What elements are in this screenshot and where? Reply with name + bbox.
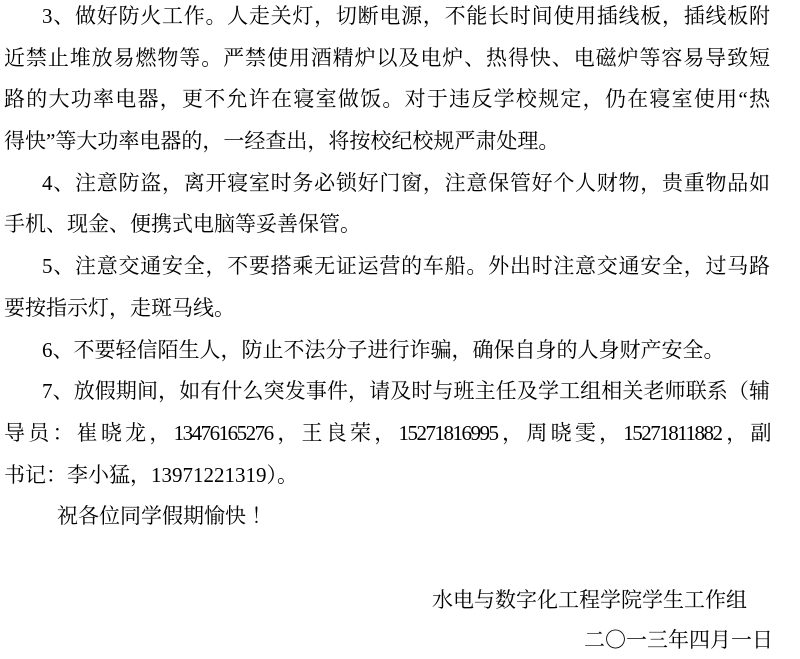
- signature-date: 二〇一三年四月一日: [584, 619, 773, 659]
- closing-wish: 祝各位同学假期愉快 ！: [4, 496, 770, 538]
- text-line: 得快”等大功率电器的，一经查出，将按校纪校规严肃处理。: [4, 121, 770, 163]
- document-body: 3、做好防火工作。人走关灯，切断电源，不能长时间使用插线板，插线板附 近禁止堆放…: [4, 0, 770, 538]
- text-line: 书记：李小猛，13971221319）。: [4, 455, 770, 497]
- text-line: 4、注意防盗，离开寝室时务必锁好门窗，注意保管好个人财物，贵重物品如: [4, 163, 770, 205]
- text-line: 近禁止堆放易燃物等。严禁使用酒精炉以及电炉、热得快、电磁炉等容易导致短: [4, 38, 770, 80]
- text-line: 要按指示灯，走斑马线。: [4, 288, 770, 330]
- text-line: 手机、现金、便携式电脑等妥善保管。: [4, 204, 770, 246]
- text-line: 路的大功率电器，更不允许在寝室做饭。对于违反学校规定，仍在寝室使用“热: [4, 79, 770, 121]
- text-line: 6、不要轻信陌生人，防止不法分子进行诈骗，确保自身的人身财产安全。: [4, 330, 770, 372]
- text-line: 导员：崔晓龙，13476165276，王良荣，15271816995，周晓雯，1…: [4, 413, 770, 455]
- text-line: 7、放假期间，如有什么突发事件，请及时与班主任及学工组相关老师联系（辅: [4, 371, 770, 413]
- paragraph-traffic-safety: 5、注意交通安全，不要搭乘无证运营的车船。外出时注意交通安全，过马路 要按指示灯…: [4, 246, 770, 329]
- text-line: 5、注意交通安全，不要搭乘无证运营的车船。外出时注意交通安全，过马路: [4, 246, 770, 288]
- paragraph-fire-safety: 3、做好防火工作。人走关灯，切断电源，不能长时间使用插线板，插线板附 近禁止堆放…: [4, 0, 770, 163]
- signature-organization: 水电与数字化工程学院学生工作组: [432, 579, 747, 621]
- text-line: 3、做好防火工作。人走关灯，切断电源，不能长时间使用插线板，插线板附: [4, 0, 770, 38]
- notice-document: 3、做好防火工作。人走关灯，切断电源，不能长时间使用插线板，插线板附 近禁止堆放…: [0, 0, 800, 659]
- paragraph-theft-prevention: 4、注意防盗，离开寝室时务必锁好门窗，注意保管好个人财物，贵重物品如 手机、现金…: [4, 163, 770, 246]
- text-line: 祝各位同学假期愉快 ！: [4, 496, 770, 538]
- paragraph-fraud-prevention: 6、不要轻信陌生人，防止不法分子进行诈骗，确保自身的人身财产安全。: [4, 330, 770, 372]
- paragraph-emergency-contacts: 7、放假期间，如有什么突发事件，请及时与班主任及学工组相关老师联系（辅 导员：崔…: [4, 371, 770, 496]
